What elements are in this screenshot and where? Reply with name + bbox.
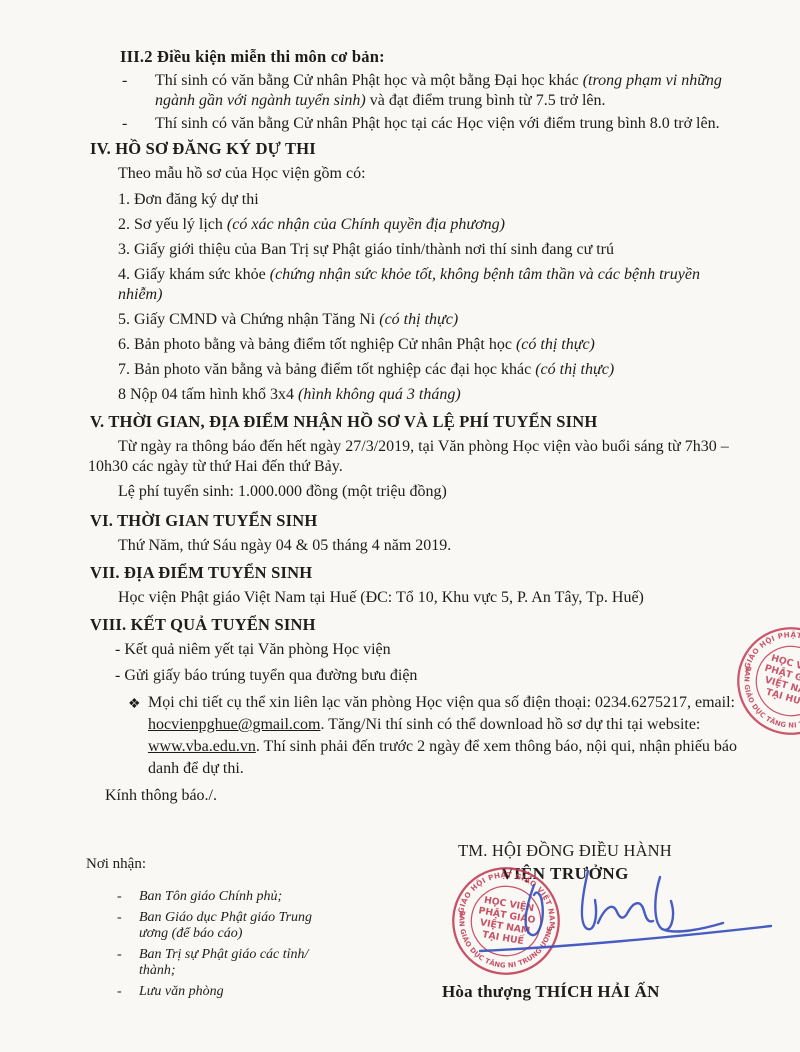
section-intro: Theo mẫu hồ sơ của Học viện gồm có: <box>118 164 738 184</box>
section-heading-iii2: III.2 Điều kiện miễn thi môn cơ bản: <box>120 46 800 67</box>
text-run: 5. Giấy CMND và Chứng nhận Tăng Ni <box>118 311 379 328</box>
document-body: III.2 Điều kiện miễn thi môn cơ bản: - T… <box>0 46 800 806</box>
bullet-dash: - <box>122 71 155 111</box>
closing-line: Kính thông báo./. <box>105 786 800 806</box>
text-run: 1. Đơn đăng ký dự thi <box>118 191 259 208</box>
recipient-item: -Ban Tôn giáo Chính phủ; <box>117 889 367 906</box>
recipients-list: -Ban Tôn giáo Chính phủ; -Ban Giáo dục P… <box>117 889 367 1004</box>
italic-run: (có xác nhận của Chính quyền địa phương) <box>227 216 505 233</box>
text-run: Thí sinh có văn bằng Cử nhân Phật học tạ… <box>155 115 720 132</box>
recipients-label: Nơi nhận: <box>86 856 146 873</box>
diamond-bullet-icon: ❖ <box>128 692 148 780</box>
bullet-item: - Thí sinh có văn bằng Cử nhân Phật học … <box>122 71 738 111</box>
list-item: 8 Nộp 04 tấm hình khổ 3x4 (hình không qu… <box>118 385 738 405</box>
list-item: 3. Giấy giới thiệu của Ban Trị sự Phật g… <box>118 240 738 260</box>
italic-run: (có thị thực) <box>535 361 614 378</box>
result-line: - Gửi giấy báo trúng tuyển qua đường bưu… <box>115 666 735 686</box>
text-run: 2. Sơ yếu lý lịch <box>118 216 227 233</box>
list-item: 2. Sơ yếu lý lịch (có xác nhận của Chính… <box>118 215 738 235</box>
text-run: . Tăng/Ni thí sinh có thể download hồ sơ… <box>320 716 700 733</box>
paragraph: Từ ngày ra thông báo đến hết ngày 27/3/2… <box>88 437 738 477</box>
section-heading-vi: VI. THỜI GIAN TUYỂN SINH <box>90 510 800 531</box>
recipient-item: -Lưu văn phòng <box>117 984 367 1001</box>
section-heading-iv: IV. HỒ SƠ ĐĂNG KÝ DỰ THI <box>90 138 800 159</box>
text-run: 4. Giấy khám sức khỏe <box>118 266 270 283</box>
result-line: - Kết quả niêm yết tại Văn phòng Học việ… <box>115 640 735 660</box>
text-run: và đạt điểm trung bình từ 7.5 trở lên. <box>366 92 606 109</box>
text-run: Mọi chi tiết cụ thể xin liên lạc văn phò… <box>148 694 735 711</box>
text-run: Thí sinh có văn bằng Cử nhân Phật học và… <box>155 72 583 89</box>
list-item: 1. Đơn đăng ký dự thi <box>118 190 738 210</box>
paragraph: Thứ Năm, thứ Sáu ngày 04 & 05 tháng 4 nă… <box>88 536 738 556</box>
italic-run: (có thị thực) <box>516 336 595 353</box>
text-run: 8 Nộp 04 tấm hình khổ 3x4 <box>118 386 298 403</box>
italic-run: (có thị thực) <box>379 311 458 328</box>
contact-note: ❖ Mọi chi tiết cụ thể xin liên lạc văn p… <box>128 692 740 780</box>
recipient-text: Lưu văn phòng <box>139 984 344 1001</box>
paragraph-fee: Lệ phí tuyển sinh: 1.000.000 đồng (một t… <box>88 482 738 502</box>
recipient-text: Ban Tôn giáo Chính phủ; <box>139 889 344 906</box>
website-text: www.vba.edu.vn <box>148 738 256 755</box>
edge-round-stamp: GIÁO HỘI PHẬT GIÁO VIỆT NAM BAN GIÁO DỤC… <box>734 624 800 738</box>
contact-note-text: Mọi chi tiết cụ thể xin liên lạc văn phò… <box>148 692 740 780</box>
scanned-announcement-page: III.2 Điều kiện miễn thi môn cơ bản: - T… <box>0 0 800 1052</box>
signer-name: Hòa thượng THÍCH HẢI ẤN <box>442 982 660 1002</box>
section-heading-vii: VII. ĐỊA ĐIỂM TUYỂN SINH <box>90 562 800 583</box>
recipient-dash: - <box>117 889 139 906</box>
bullet-text: Thí sinh có văn bằng Cử nhân Phật học và… <box>155 71 738 111</box>
recipient-text: Ban Trị sự Phật giáo các tỉnh/ thành; <box>139 947 344 980</box>
bullet-text: Thí sinh có văn bằng Cử nhân Phật học tạ… <box>155 114 720 134</box>
section-heading-v: V. THỜI GIAN, ĐỊA ĐIỂM NHẬN HỒ SƠ VÀ LỆ … <box>90 411 800 432</box>
recipient-item: -Ban Trị sự Phật giáo các tỉnh/ thành; <box>117 947 367 980</box>
recipient-dash: - <box>117 984 139 1001</box>
recipient-dash: - <box>117 947 139 980</box>
recipient-dash: - <box>117 910 139 943</box>
text-run: 6. Bản photo bằng và bảng điểm tốt nghiệ… <box>118 336 516 353</box>
text-run: 3. Giấy giới thiệu của Ban Trị sự Phật g… <box>118 241 614 258</box>
recipient-item: -Ban Giáo dục Phật giáo Trung ương (để b… <box>117 910 367 943</box>
bullet-dash: - <box>122 114 155 134</box>
list-item: 5. Giấy CMND và Chứng nhận Tăng Ni (có t… <box>118 310 738 330</box>
bullet-item: - Thí sinh có văn bằng Cử nhân Phật học … <box>122 114 738 134</box>
section-heading-viii: VIII. KẾT QUẢ TUYỂN SINH <box>90 614 800 635</box>
list-item: 6. Bản photo bằng và bảng điểm tốt nghiệ… <box>118 335 738 355</box>
recipient-text: Ban Giáo dục Phật giáo Trung ương (để bá… <box>139 910 344 943</box>
list-item: 7. Bản photo văn bằng và bảng điểm tốt n… <box>118 360 738 380</box>
italic-run: (hình không quá 3 tháng) <box>298 386 461 403</box>
list-item: 4. Giấy khám sức khỏe (chứng nhận sức kh… <box>118 265 738 305</box>
paragraph: Học viện Phật giáo Việt Nam tại Huế (ĐC:… <box>88 588 738 608</box>
signature-ink <box>455 855 785 965</box>
text-run: 7. Bản photo văn bằng và bảng điểm tốt n… <box>118 361 535 378</box>
email-text: hocvienpghue@gmail.com <box>148 716 320 733</box>
